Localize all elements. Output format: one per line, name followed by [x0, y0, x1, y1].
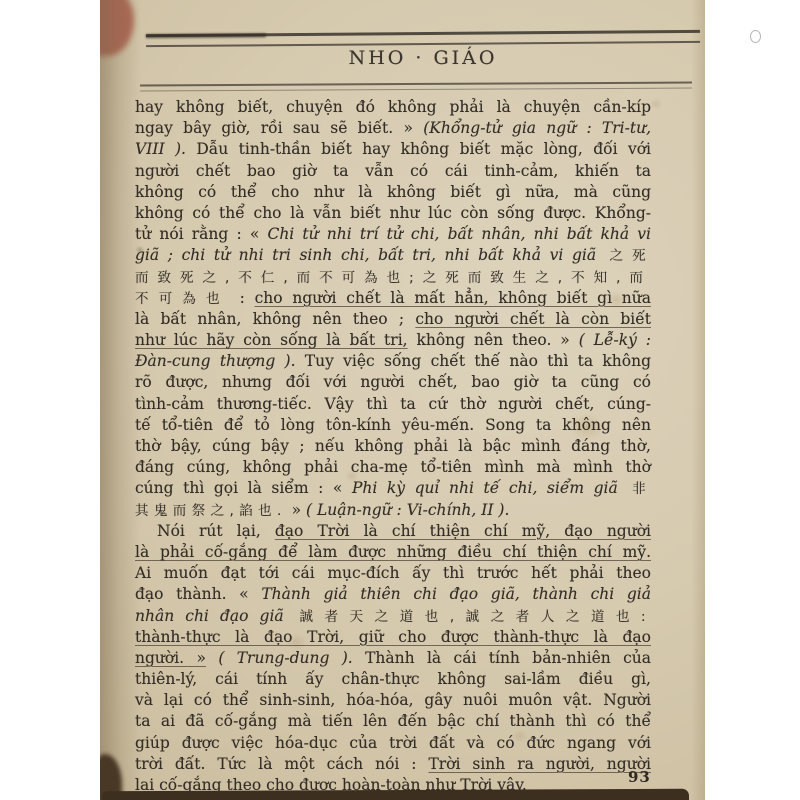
text-segment: Đàn-cung thượng ). — [135, 352, 296, 370]
text-line: là bất nhân, không nên theo ; cho người … — [135, 309, 651, 330]
book-page: NHO · GIÁO hay không biết, chuyện đó khô… — [100, 0, 705, 800]
text-segment: đáng cúng, không phải cha-mẹ tổ-tiên mìn… — [135, 458, 651, 476]
text-segment: cho người chết là còn biết — [415, 310, 651, 328]
text-segment: đạo thành. « — [135, 585, 261, 603]
text-line: tình-cảm thương-tiếc. Vậy thì ta cứ thờ … — [135, 394, 651, 415]
text-segment: không có thể cho như là không biết gì nữ… — [135, 183, 651, 201]
page-right-edge-shadow — [691, 0, 705, 800]
header-double-rule-top — [146, 30, 700, 47]
cjk-text-segment: 不可為也 — [135, 291, 230, 307]
text-segment: tế tổ-tiên để tỏ lòng tôn-kính yêu-mến. … — [135, 416, 651, 434]
text-line: 不可為也 : cho người chết là mất hẳn, không … — [135, 288, 651, 309]
text-line: VIII ). Dẫu tinh-thần biết hay không biế… — [135, 139, 651, 160]
text-segment: cúng thì gọi là siểm : « — [135, 479, 352, 497]
cover-bottom-edge — [102, 789, 689, 800]
background-smudge-mark — [750, 30, 761, 43]
text-segment — [206, 649, 218, 667]
header-rule-bottom — [140, 82, 692, 92]
text-line: 其鬼而祭之,諂也. » ( Luận-ngữ : Vi-chính, II ). — [135, 500, 651, 521]
text-line: Đàn-cung thượng ). Tuy việc sống chết th… — [135, 351, 651, 372]
text-segment: ngay bây giờ, rồi sau sẽ biết. » — [135, 119, 423, 137]
text-line: thiên-lý, cái tính ấy chân-thực không sa… — [135, 669, 651, 690]
text-segment: tử nói rằng : « — [135, 225, 267, 243]
text-segment: người chết bao giờ ta vẫn có cái tinh-cả… — [135, 162, 651, 180]
text-segment: Nói rút lại, — [157, 522, 275, 540]
text-segment: trời đất. Tức là một cách nói : — [135, 755, 428, 773]
text-segment: đạo Trời là chí thiện chí mỹ, đạo người — [275, 522, 651, 540]
text-line: thờ bậy, cúng bậy ; nếu không phải là bậ… — [135, 436, 651, 457]
text-line: thành-thực là đạo Trời, giữ cho được thà… — [135, 627, 651, 648]
text-line: và lại có thể sinh-sinh, hóa-hóa, gây nu… — [135, 690, 651, 711]
text-line: 而致死之,不仁,而不可為也;之死而致生之,不知,而 — [135, 267, 651, 288]
text-line: là phải cố-gắng để làm được những điều c… — [135, 542, 651, 563]
text-line: tử nói rằng : « Chi tử nhi trí tử chi, b… — [135, 224, 651, 245]
text-segment: » — [287, 501, 306, 519]
text-segment: giã ; chi tử nhi tri sinh chi, bất tri, … — [135, 246, 596, 264]
text-line: trời đất. Tức là một cách nói : Trời sin… — [135, 754, 651, 775]
page-number: 93 — [628, 768, 651, 786]
text-line: người. » ( Trung-dung ). Thành là cái tí… — [135, 648, 651, 669]
text-line: ta ai đã cố-gắng mà tiến lên đến bậc chí… — [135, 711, 651, 732]
text-line: Nói rút lại, đạo Trời là chí thiện chí m… — [135, 521, 651, 542]
text-segment: thiên-lý, cái tính ấy chân-thực không sa… — [135, 670, 651, 688]
text-segment: ( Trung-dung ). — [218, 649, 352, 667]
text-segment: : — [230, 289, 255, 307]
text-segment: nhân chi đạo giã — [135, 607, 284, 625]
text-line: như lúc hãy còn sống là bất tri, không n… — [135, 330, 651, 351]
text-segment: giúp được việc hóa-dục của trời đất và c… — [135, 734, 651, 752]
cjk-text-segment: 其鬼而祭之,諂也. — [135, 503, 287, 519]
text-line: giúp được việc hóa-dục của trời đất và c… — [135, 733, 651, 754]
text-segment: Ai muốn đạt tới cái mục-đích ấy thì trướ… — [135, 564, 651, 582]
text-segment: rõ được, nhưng đối với người chết, bao g… — [135, 373, 651, 391]
text-segment: Chi tử nhi trí tử chi, bất nhân, nhi bất… — [267, 225, 651, 243]
text-segment: là bất nhân, không nên theo ; — [135, 310, 415, 328]
text-segment: ( Luận-ngữ : Vi-chính, II ). — [306, 501, 509, 519]
text-segment: hay không biết, chuyện đó không phải là … — [135, 98, 651, 116]
cjk-text-segment: 非 — [618, 481, 651, 497]
text-line: không có thể cho như là không biết gì nữ… — [135, 182, 651, 203]
text-line: tế tổ-tiên để tỏ lòng tôn-kính yêu-mến. … — [135, 415, 651, 436]
text-segment: ta ai đã cố-gắng mà tiến lên đến bậc chí… — [135, 712, 651, 730]
text-line: người chết bao giờ ta vẫn có cái tinh-cả… — [135, 161, 651, 182]
text-line: hay không biết, chuyện đó không phải là … — [135, 97, 651, 118]
cjk-text-segment: 而致死之,不仁,而不可為也;之死而致生之,不知,而 — [135, 270, 651, 286]
text-segment: (Khổng-tử gia ngữ : Tri-tư, — [423, 119, 651, 137]
text-segment: người. » — [135, 649, 206, 667]
text-line: đáng cúng, không phải cha-mẹ tổ-tiên mìn… — [135, 457, 651, 478]
text-segment: không nên theo. » — [408, 331, 579, 349]
text-segment: ( Lễ-ký : — [579, 331, 651, 349]
text-segment: cho người chết là mất hẳn, không biết gì… — [255, 289, 651, 307]
text-line: Ai muốn đạt tới cái mục-đích ấy thì trướ… — [135, 563, 651, 584]
text-segment: Dẫu tinh-thần biết hay không biết mặc lò… — [186, 140, 651, 158]
text-line: cúng thì gọi là siểm : « Phi kỳ quỉ nhi … — [135, 478, 651, 499]
cjk-text-segment: 誠者天之道也,誠之者人之道也: — [284, 609, 651, 625]
text-segment: thành-thực là đạo Trời, giữ cho được thà… — [135, 628, 651, 646]
text-line: nhân chi đạo giã 誠者天之道也,誠之者人之道也: — [135, 606, 651, 627]
text-segment: Thành là cái tính bản-nhiên của — [353, 649, 651, 667]
text-segment: VIII ). — [135, 140, 186, 158]
text-line: không có thể cho là vẫn biết như lúc còn… — [135, 203, 651, 224]
text-line: rõ được, nhưng đối với người chết, bao g… — [135, 372, 651, 393]
page-title: NHO · GIÁO — [146, 47, 700, 69]
text-segment: không có thể cho là vẫn biết như lúc còn… — [135, 204, 651, 222]
text-segment: Trời sinh ra người, người — [428, 755, 651, 773]
text-line: đạo thành. « Thành giả thiên chi đạo giã… — [135, 584, 651, 605]
text-segment: Tuy việc sống chết thế nào thì ta không — [296, 352, 651, 370]
text-segment: như lúc hãy còn sống là bất tri, — [135, 331, 408, 349]
text-segment: tình-cảm thương-tiếc. Vậy thì ta cứ thờ … — [135, 395, 651, 413]
text-segment: và lại có thể sinh-sinh, hóa-hóa, gây nu… — [135, 691, 651, 709]
text-line: ngay bây giờ, rồi sau sẽ biết. » (Khổng-… — [135, 118, 651, 139]
text-segment: thờ bậy, cúng bậy ; nếu không phải là bậ… — [135, 437, 651, 455]
text-segment: Phi kỳ quỉ nhi tế chi, siểm giã — [352, 479, 618, 497]
text-lines: hay không biết, chuyện đó không phải là … — [135, 97, 651, 796]
text-line: giã ; chi tử nhi tri sinh chi, bất tri, … — [135, 245, 651, 266]
text-segment: Thành giả thiên chi đạo giã, thành chi g… — [261, 585, 651, 603]
text-segment: là phải cố-gắng để làm được những điều c… — [135, 543, 651, 561]
cjk-text-segment: 之死 — [596, 248, 651, 264]
